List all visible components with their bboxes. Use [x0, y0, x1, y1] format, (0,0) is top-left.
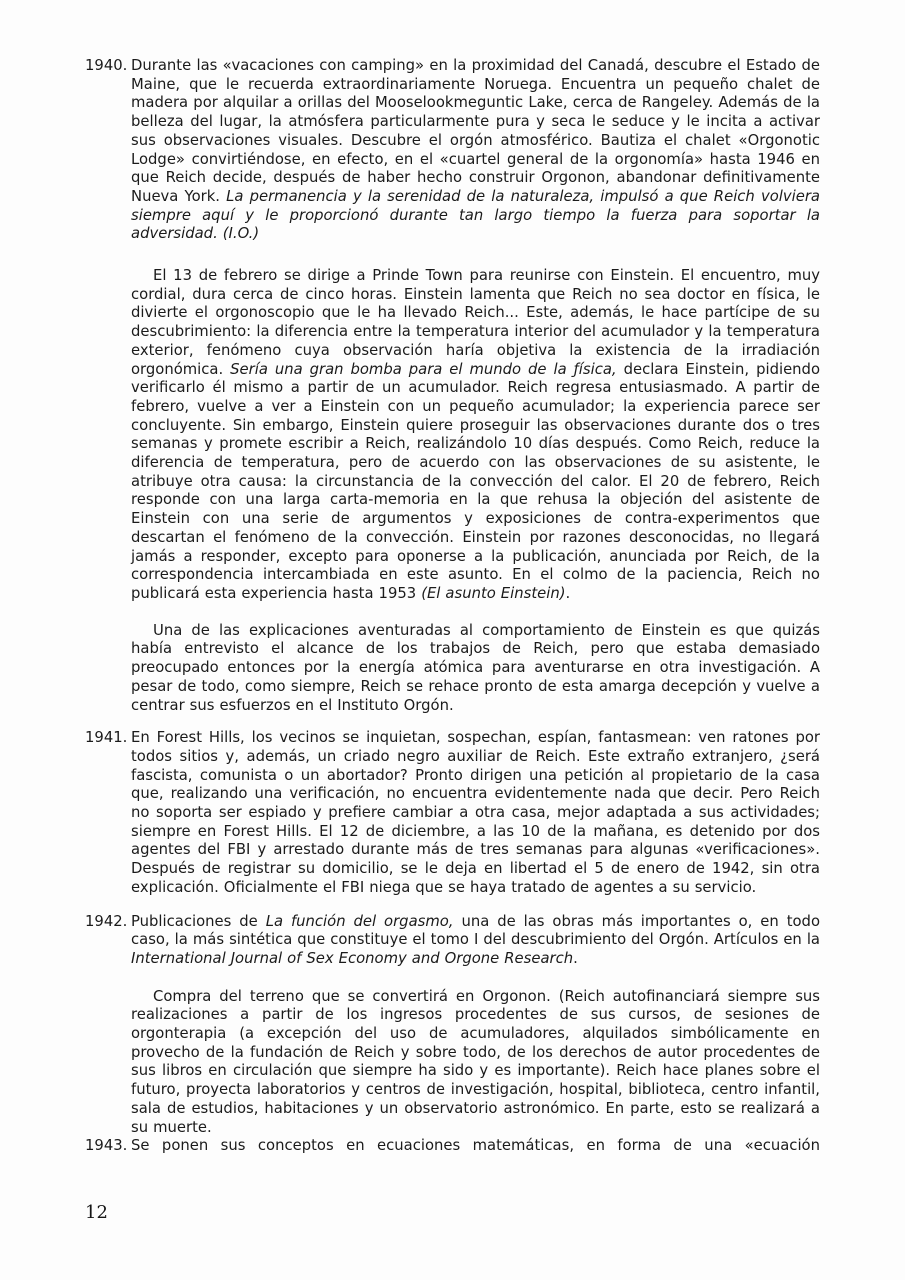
text-segment: Compra del terreno que se convertirá en … — [131, 988, 820, 1136]
text-segment: Durante las «vacaciones con camping» en … — [131, 57, 820, 205]
indented-paragraph: Compra del terreno que se convertirá en … — [131, 988, 820, 1138]
year-label: 1943. — [85, 1137, 127, 1156]
indented-paragraph: El 13 de febrero se dirige a Prinde Town… — [131, 267, 820, 604]
chronology-entry-1942: 1942.Publicaciones de La función del org… — [131, 913, 820, 969]
italic-text-segment: (El asunto Einstein) — [421, 585, 565, 602]
chronology-entry-1943: 1943.Se ponen sus conceptos en ecuacione… — [131, 1137, 820, 1156]
page-content: 1940.Durante las «vacaciones con camping… — [85, 57, 820, 1156]
italic-text-segment: La función del orgasmo, — [266, 913, 454, 930]
year-label: 1940. — [85, 57, 127, 76]
italic-text-segment: International Journal of Sex Economy and… — [131, 950, 573, 967]
text-segment: En Forest Hills, los vecinos se inquieta… — [131, 729, 820, 896]
page-number: 12 — [85, 1202, 108, 1223]
year-label: 1942. — [85, 913, 127, 932]
text-segment: Publicaciones de — [131, 913, 266, 930]
chronology-entry-1940: 1940.Durante las «vacaciones con camping… — [131, 57, 820, 244]
italic-text-segment: Sería una gran bomba para el mundo de la… — [230, 361, 616, 378]
text-segment: . — [573, 950, 578, 967]
italic-text-segment: La permanencia y la serenidad de la natu… — [131, 188, 820, 242]
text-segment: . — [566, 585, 571, 602]
indented-paragraph: Una de las explicaciones aventuradas al … — [131, 622, 820, 716]
text-segment: declara Einstein, pidiendo verificarlo é… — [131, 361, 820, 602]
text-segment: Se ponen sus conceptos en ecuaciones mat… — [131, 1137, 820, 1154]
chronology-entry-1941: 1941.En Forest Hills, los vecinos se inq… — [131, 729, 820, 897]
text-segment: Una de las explicaciones aventuradas al … — [131, 622, 820, 714]
document-page: 1940.Durante las «vacaciones con camping… — [0, 0, 905, 1280]
year-label: 1941. — [85, 729, 127, 748]
